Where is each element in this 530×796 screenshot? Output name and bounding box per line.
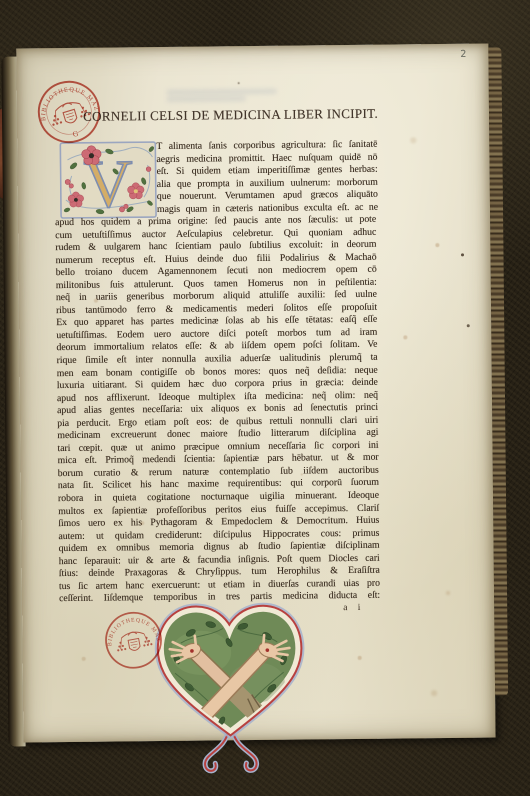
show-through-ghost bbox=[167, 86, 277, 107]
page-title: CORNELII CELSI DE MEDICINA LIBER INCIPIT… bbox=[83, 106, 379, 125]
foxing-spots bbox=[16, 48, 18, 50]
illuminated-initial: V bbox=[59, 141, 157, 219]
book-page: 2 CORNELII CELSI DE MEDICINA LIBER INCIP… bbox=[16, 44, 495, 743]
book: 2 CORNELII CELSI DE MEDICINA LIBER INCIP… bbox=[1, 43, 510, 754]
folio-number: 2 bbox=[460, 49, 466, 60]
illuminated-initial-icon: V bbox=[59, 141, 157, 219]
svg-text:BIBLIOTHEQUE MAZARINE: BIBLIOTHEQUE MAZARINE bbox=[27, 70, 100, 130]
crossed-arms-heart-icon bbox=[150, 601, 310, 789]
crossed-arms-heart-emblem bbox=[150, 601, 310, 789]
mazarine-stamp-icon: BIBLIOTHEQUE MAZARINE bbox=[97, 604, 169, 676]
stamp-text: BIBLIOTHEQUE MAZARINE bbox=[27, 70, 100, 130]
show-through-line bbox=[167, 88, 277, 94]
library-stamp-bottom: BIBLIOTHEQUE MAZARINE bbox=[97, 604, 169, 676]
photo-background: 2 CORNELII CELSI DE MEDICINA LIBER INCIP… bbox=[0, 0, 530, 796]
show-through-line bbox=[167, 96, 246, 102]
body-text-main: apud hos quidem a prima origine: ſed pau… bbox=[55, 214, 380, 606]
signature-mark: a i bbox=[343, 603, 364, 613]
body-text-opening: T alimenta ſanis corporibus agricultura:… bbox=[156, 139, 378, 217]
stamp-letter: G bbox=[72, 129, 80, 139]
